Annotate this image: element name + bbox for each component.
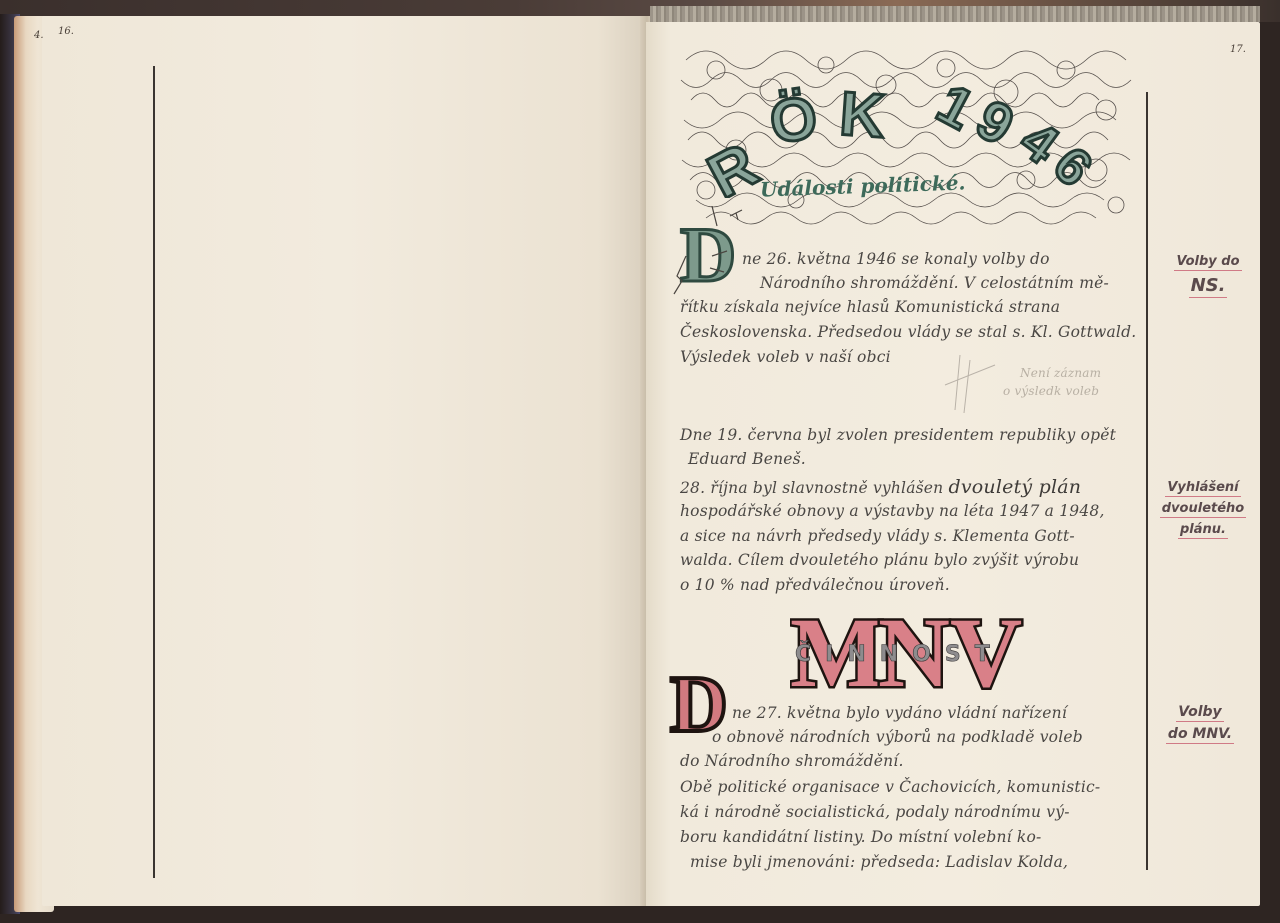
svg-text:.: . <box>1095 179 1105 198</box>
text-line: ne 26. května 1946 se konaly volby do <box>742 250 1050 268</box>
text-line: o obnově národních výborů na podkladě vo… <box>712 728 1083 746</box>
right-margin-rule <box>1146 92 1148 870</box>
margin-note-volby-mnv: Volby do MNV. <box>1150 704 1250 748</box>
emphasized-phrase: dvouletý plán <box>949 476 1082 498</box>
text-line: 28. října byl slavnostně vyhlášen dvoule… <box>680 476 1081 498</box>
pencil-note: o výsledk voleb <box>1003 384 1099 398</box>
text-line: Dne 19. června byl zvolen presidentem re… <box>680 426 1116 444</box>
text-line: a sice na návrh předsedy vlády s. Klemen… <box>680 527 1075 545</box>
svg-text:R: R <box>700 130 769 198</box>
left-page-number: 16. <box>58 26 74 37</box>
text-line: hospodářské obnovy a výstavby na léta 19… <box>680 502 1105 520</box>
svg-text:K: K <box>837 79 887 151</box>
left-page <box>42 16 646 906</box>
text-line: boru kandidátní listiny. Do místní voleb… <box>680 828 1041 846</box>
text-segment: 28. října byl slavnostně vyhlášen <box>680 479 943 497</box>
text-line: Národního shromáždění. V celostátním mě- <box>760 274 1109 292</box>
text-line: Obě politické organisace v Čachovicích, … <box>680 778 1100 796</box>
svg-text:Ö: Ö <box>766 83 822 156</box>
text-line: ne 27. května bylo vydáno vládní nařízen… <box>732 704 1067 722</box>
text-line: Eduard Beneš. <box>688 450 806 468</box>
text-line: mise byli jmenováni: předseda: Ladislav … <box>690 853 1068 871</box>
text-line: Výsledek voleb v naší obci <box>680 348 891 366</box>
pencil-note: Není záznam <box>1020 366 1101 380</box>
pencil-crossmark <box>940 355 1000 415</box>
branch-ornament-icon <box>672 206 752 296</box>
text-line: řítku získala nejvíce hlasů Komunistická… <box>680 298 1060 316</box>
text-line: do Národního shromáždění. <box>680 752 904 770</box>
edge-page-number: 4. <box>34 30 44 41</box>
margin-note-volby-ns: Volby do NS. <box>1160 254 1256 302</box>
text-line: walda. Cílem dvouletého plánu bylo zvýši… <box>680 551 1079 569</box>
page-stack-top-edge <box>650 6 1260 22</box>
cinnost-overlay-text: ČINNOST <box>795 642 1004 667</box>
margin-note-dvoulety-plan: Vyhlášení dvouletého plánu. <box>1150 480 1256 543</box>
right-page-number: 17. <box>1230 44 1246 55</box>
text-line: ká i národně socialistická, podaly národ… <box>680 803 1070 821</box>
text-line: Československa. Předsedou vlády se stal … <box>680 323 1136 341</box>
left-margin-rule <box>153 66 155 878</box>
